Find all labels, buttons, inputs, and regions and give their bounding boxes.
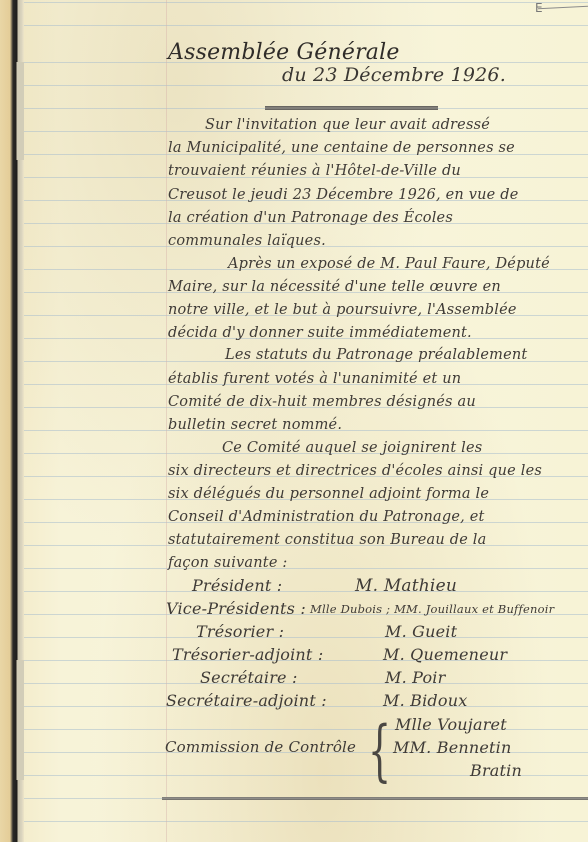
text-line: Conseil d'Administration du Patronage, e… bbox=[168, 509, 485, 525]
bureau-member: M. Quemeneur bbox=[383, 645, 507, 664]
commission-member: Mlle Voujaret bbox=[395, 715, 507, 734]
bureau-role: Secrétaire-adjoint : bbox=[166, 691, 327, 710]
text-line: la création d'un Patronage des Écoles bbox=[168, 210, 453, 226]
text-line: notre ville, et le but à poursuivre, l'A… bbox=[168, 302, 517, 318]
binding-tab bbox=[16, 100, 24, 160]
text-line: trouvaient réunies à l'Hôtel-de-Ville du bbox=[168, 163, 461, 179]
bureau-member: Mlle Dubois ; MM. Jouillaux et Buffenoir bbox=[310, 602, 554, 616]
bureau-role: Trésorier-adjoint : bbox=[172, 645, 323, 664]
commission-label: Commission de Contrôle bbox=[165, 738, 356, 756]
bureau-role: Secrétaire : bbox=[200, 668, 298, 687]
text-line: Sur l'invitation que leur avait adressé bbox=[205, 117, 490, 133]
binding-tab bbox=[16, 660, 24, 780]
text-line: six délégués du personnel adjoint forma … bbox=[168, 486, 489, 502]
text-line: statutairement constitua son Bureau de l… bbox=[168, 532, 487, 548]
text-line: façon suivante : bbox=[168, 555, 288, 571]
bureau-role: Trésorier : bbox=[196, 622, 284, 641]
scanned-page: E Assemblée Générale du 23 Décembre 1926… bbox=[0, 0, 588, 842]
document-title: Assemblée Générale bbox=[168, 40, 400, 65]
text-line: Les statuts du Patronage préalablement bbox=[225, 347, 527, 363]
brace-symbol: { bbox=[368, 718, 391, 784]
document-subtitle: du 23 Décembre 1926. bbox=[282, 64, 506, 86]
bureau-member: M. Mathieu bbox=[355, 576, 457, 596]
text-line: Après un exposé de M. Paul Faure, Député bbox=[228, 256, 550, 272]
commission-member: Bratin bbox=[470, 761, 522, 780]
title-underline bbox=[265, 106, 438, 110]
corner-mark: E bbox=[535, 1, 543, 15]
closing-rule bbox=[162, 797, 588, 800]
binding-tab bbox=[16, 62, 24, 102]
text-line: Ce Comité auquel se joignirent les bbox=[222, 440, 482, 456]
bureau-role: Vice-Présidents : bbox=[166, 599, 306, 618]
text-line: décida d'y donner suite immédiatement. bbox=[168, 325, 472, 341]
bureau-member: M. Gueit bbox=[385, 622, 457, 641]
bureau-member: M. Poir bbox=[385, 668, 445, 687]
text-line: bulletin secret nommé. bbox=[168, 417, 342, 433]
text-line: Creusot le jeudi 23 Décembre 1926, en vu… bbox=[168, 187, 518, 203]
text-line: communales laïques. bbox=[168, 233, 326, 249]
text-line: la Municipalité, une centaine de personn… bbox=[168, 140, 515, 156]
text-line: six directeurs et directrices d'écoles a… bbox=[168, 463, 542, 479]
commission-member: MM. Bennetin bbox=[393, 738, 512, 757]
text-line: Maire, sur la nécessité d'une telle œuvr… bbox=[168, 279, 501, 295]
bureau-member: M. Bidoux bbox=[383, 691, 467, 710]
text-line: Comité de dix-huit membres désignés au bbox=[168, 394, 476, 410]
text-line: établis furent votés à l'unanimité et un bbox=[168, 371, 461, 387]
margin-line bbox=[166, 0, 167, 842]
bureau-role: Président : bbox=[192, 576, 282, 595]
